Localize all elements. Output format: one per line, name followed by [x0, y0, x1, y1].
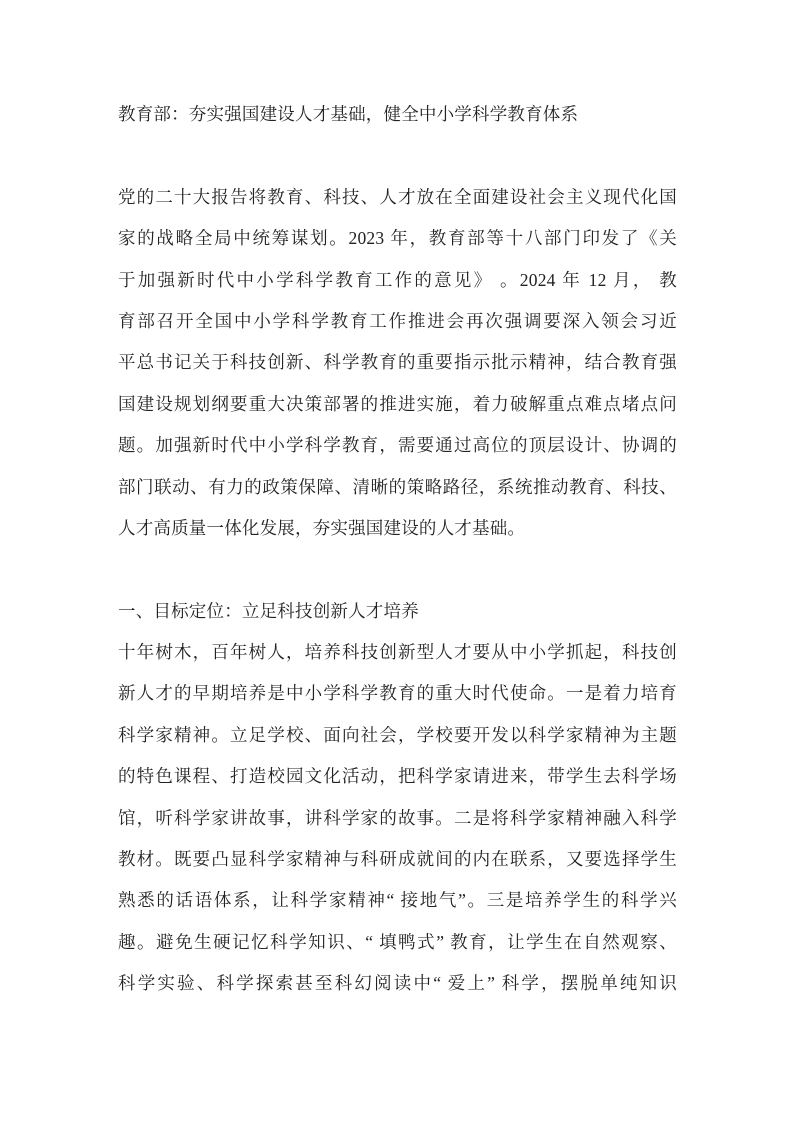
text-line: 科学实验、科学探索甚至科幻阅读中“ 爱上” 科学，摆脱单纯知识: [118, 963, 677, 1004]
text-line: 的特色课程、打造校园文化活动，把科学家请进来，带学生去科学场: [118, 756, 677, 797]
blank-line: [118, 135, 677, 176]
text-line: 平总书记关于科技创新、科学教育的重要指示批示精神，结合教育强: [118, 342, 677, 383]
text-line: 育部召开全国中小学科学教育工作推进会再次强调要深入领会习近: [118, 301, 677, 342]
blank-line: [118, 549, 677, 590]
text-line: 熟悉的话语体系，让科学家精神“ 接地气”。三是培养学生的科学兴: [118, 880, 677, 921]
text-line: 国建设规划纲要重大决策部署的推进实施，着力破解重点难点堵点问: [118, 384, 677, 425]
text-line: 党的二十大报告将教育、科技、人才放在全面建设社会主义现代化国: [118, 177, 677, 218]
text-line: 于加强新时代中小学科学教育工作的意见》 。2024 年 12 月， 教: [118, 260, 677, 301]
text-line: 科学家精神。立足学校、面向社会，学校要开发以科学家精神为主题: [118, 715, 677, 756]
text-line: 新人才的早期培养是中小学科学教育的重大时代使命。一是着力培育: [118, 673, 677, 714]
text-line: 人才高质量一体化发展，夯实强国建设的人才基础。: [118, 508, 677, 549]
text-line: 题。加强新时代中小学科学教育，需要通过高位的顶层设计、协调的: [118, 425, 677, 466]
section-heading: 一、目标定位：立足科技创新人才培养: [118, 591, 677, 632]
text-line: 馆，听科学家讲故事，讲科学家的故事。二是将科学家精神融入科学: [118, 798, 677, 839]
text-line: 十年树木，百年树人，培养科技创新型人才要从中小学抓起，科技创: [118, 632, 677, 673]
document-page: 教育部：夯实强国建设人才基础，健全中小学科学教育体系 党的二十大报告将教育、科技…: [0, 0, 793, 1122]
document-title: 教育部：夯实强国建设人才基础，健全中小学科学教育体系: [118, 94, 677, 135]
section-body-paragraph: 十年树木，百年树人，培养科技创新型人才要从中小学抓起，科技创新人才的早期培养是中…: [118, 632, 677, 1005]
intro-paragraph: 党的二十大报告将教育、科技、人才放在全面建设社会主义现代化国家的战略全局中统筹谋…: [118, 177, 677, 550]
text-line: 家的战略全局中统筹谋划。2023 年，教育部等十八部门印发了《关: [118, 218, 677, 259]
text-line: 趣。避免生硬记忆科学知识、“ 填鸭式” 教育，让学生在自然观察、: [118, 922, 677, 963]
text-line: 教材。既要凸显科学家精神与科研成就间的内在联系，又要选择学生: [118, 839, 677, 880]
text-line: 部门联动、有力的政策保障、清晰的策略路径，系统推动教育、科技、: [118, 467, 677, 508]
